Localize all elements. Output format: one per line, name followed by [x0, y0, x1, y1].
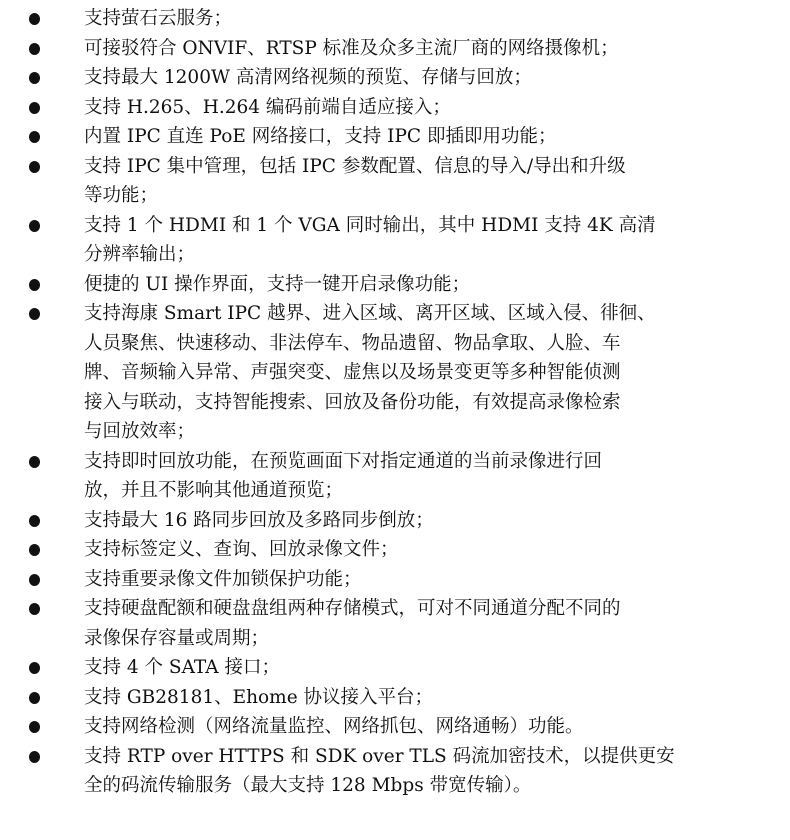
list-item: 支持 GB28181、Ehome 协议接入平台；: [0, 683, 674, 713]
list-item-text: 支持 4 个 SATA 接口；: [84, 653, 674, 683]
list-item: 支持萤石云服务；: [0, 4, 674, 34]
list-item-text: 便捷的 UI 操作界面，支持一键开启录像功能；: [84, 270, 674, 300]
list-item-text: 人员聚焦、快速移动、非法停车、物品遗留、物品拿取、人脸、车: [84, 329, 674, 359]
bullet-icon: [29, 515, 40, 527]
list-item: 支持重要录像文件加锁保护功能；: [0, 565, 674, 595]
list-item-text: 接入与联动，支持智能搜索、回放及备份功能，有效提高录像检索: [84, 388, 674, 418]
bullet-icon: [29, 131, 40, 143]
list-item: 支持即时回放功能，在预览画面下对指定通道的当前录像进行回放，并且不影响其他通道预…: [0, 447, 674, 506]
bullet-icon: [29, 308, 40, 320]
list-item-text: 支持 H.265、H.264 编码前端自适应接入；: [84, 93, 674, 123]
feature-list: 支持萤石云服务；可接驳符合 ONVIF、RTSP 标准及众多主流厂商的网络摄像机…: [0, 4, 790, 801]
bullet-icon: [29, 220, 40, 232]
list-item: 支持网络检测（网络流量监控、网络抓包、网络通畅）功能。: [0, 712, 674, 742]
list-item: 支持最大 16 路同步回放及多路同步倒放；: [0, 506, 674, 536]
list-item-text: 支持网络检测（网络流量监控、网络抓包、网络通畅）功能。: [84, 712, 674, 742]
bullet-icon: [29, 161, 40, 173]
list-item-text: 支持萤石云服务；: [84, 4, 674, 34]
list-item-text: 等功能；: [84, 181, 674, 211]
list-item: 支持 RTP over HTTPS 和 SDK over TLS 码流加密技术，…: [0, 742, 674, 801]
list-item-text: 全的码流传输服务（最大支持 128 Mbps 带宽传输）。: [84, 771, 674, 801]
bullet-icon: [29, 102, 40, 114]
list-item-text: 支持 GB28181、Ehome 协议接入平台；: [84, 683, 674, 713]
list-item: 可接驳符合 ONVIF、RTSP 标准及众多主流厂商的网络摄像机；: [0, 34, 674, 64]
list-item-text: 支持硬盘配额和硬盘盘组两种存储模式，可对不同通道分配不同的: [84, 594, 674, 624]
list-item: 便捷的 UI 操作界面，支持一键开启录像功能；: [0, 270, 674, 300]
bullet-icon: [29, 574, 40, 586]
bullet-icon: [29, 13, 40, 25]
bullet-icon: [29, 721, 40, 733]
list-item-text: 支持最大 1200W 高清网络视频的预览、存储与回放；: [84, 63, 674, 93]
bullet-icon: [29, 692, 40, 704]
list-item-text: 内置 IPC 直连 PoE 网络接口，支持 IPC 即插即用功能；: [84, 122, 674, 152]
list-item: 支持 H.265、H.264 编码前端自适应接入；: [0, 93, 674, 123]
list-item: 支持最大 1200W 高清网络视频的预览、存储与回放；: [0, 63, 674, 93]
list-item-text: 支持 IPC 集中管理，包括 IPC 参数配置、信息的导入/导出和升级: [84, 152, 674, 182]
list-item-text: 支持标签定义、查询、回放录像文件；: [84, 535, 674, 565]
list-item-text: 支持重要录像文件加锁保护功能；: [84, 565, 674, 595]
list-item-text: 放，并且不影响其他通道预览；: [84, 476, 674, 506]
bullet-icon: [29, 72, 40, 84]
bullet-icon: [29, 279, 40, 291]
list-item-text: 支持海康 Smart IPC 越界、进入区域、离开区域、区域入侵、徘徊、: [84, 299, 674, 329]
list-item: 支持硬盘配额和硬盘盘组两种存储模式，可对不同通道分配不同的录像保存容量或周期；: [0, 594, 674, 653]
bullet-icon: [29, 751, 40, 763]
list-item-text: 录像保存容量或周期；: [84, 624, 674, 654]
bullet-icon: [29, 43, 40, 55]
list-item: 支持标签定义、查询、回放录像文件；: [0, 535, 674, 565]
list-item-text: 支持即时回放功能，在预览画面下对指定通道的当前录像进行回: [84, 447, 674, 477]
bullet-icon: [29, 544, 40, 556]
list-item: 支持 IPC 集中管理，包括 IPC 参数配置、信息的导入/导出和升级等功能；: [0, 152, 674, 211]
list-item-text: 牌、音频输入异常、声强突变、虚焦以及场景变更等多种智能侦测: [84, 358, 674, 388]
bullet-icon: [29, 662, 40, 674]
list-item-text: 支持最大 16 路同步回放及多路同步倒放；: [84, 506, 674, 536]
list-item: 支持 1 个 HDMI 和 1 个 VGA 同时输出，其中 HDMI 支持 4K…: [0, 211, 674, 270]
list-item: 内置 IPC 直连 PoE 网络接口，支持 IPC 即插即用功能；: [0, 122, 674, 152]
list-item-text: 支持 RTP over HTTPS 和 SDK over TLS 码流加密技术，…: [84, 742, 674, 772]
bullet-icon: [29, 603, 40, 615]
list-item-text: 可接驳符合 ONVIF、RTSP 标准及众多主流厂商的网络摄像机；: [84, 34, 674, 64]
list-item-text: 与回放效率；: [84, 417, 674, 447]
list-item: 支持 4 个 SATA 接口；: [0, 653, 674, 683]
list-item-text: 分辨率输出；: [84, 240, 674, 270]
list-item: 支持海康 Smart IPC 越界、进入区域、离开区域、区域入侵、徘徊、人员聚焦…: [0, 299, 674, 447]
bullet-icon: [29, 456, 40, 468]
list-item-text: 支持 1 个 HDMI 和 1 个 VGA 同时输出，其中 HDMI 支持 4K…: [84, 211, 674, 241]
